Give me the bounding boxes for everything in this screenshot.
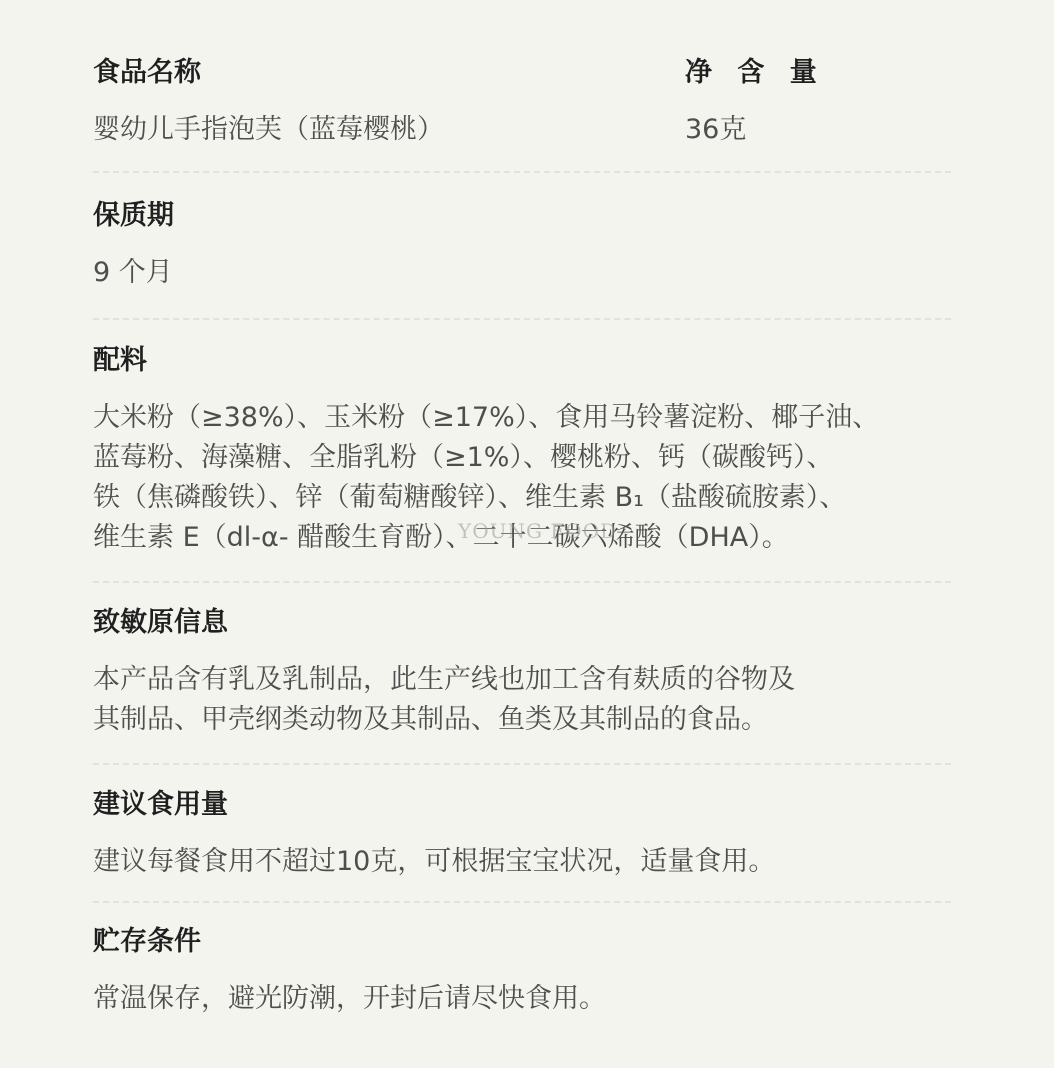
section-product-name: 食品名称 婴幼儿手指泡芙（蓝莓樱桃） 净 含 量 36克 xyxy=(93,56,951,150)
allergen-text: 本产品含有乳及乳制品，此生产线也加工含有麸质的谷物及 其制品、甲壳纲类动物及其制… xyxy=(93,660,951,740)
shelf-life-value: 9 个月 xyxy=(93,253,951,293)
allergen-label: 致敏原信息 xyxy=(93,606,951,640)
allergen-line: 其制品、甲壳纲类动物及其制品、鱼类及其制品的食品。 xyxy=(93,700,951,740)
storage-value: 常温保存，避光防潮，开封后请尽快食用。 xyxy=(93,979,951,1019)
ingredients-line: 维生素 E（dl-α- 醋酸生育酚）、二十二碳六烯酸（DHA）。 xyxy=(93,518,951,558)
section-allergen: 致敏原信息 本产品含有乳及乳制品，此生产线也加工含有麸质的谷物及 其制品、甲壳纲… xyxy=(93,606,951,740)
ingredients-label: 配料 xyxy=(93,344,951,378)
section-net-content: 净 含 量 36克 xyxy=(685,56,825,150)
ingredients-text: 大米粉（≥38%）、玉米粉（≥17%）、食用马铃薯淀粉、椰子油、 蓝莓粉、海藻糖… xyxy=(93,398,951,558)
divider xyxy=(93,581,951,583)
storage-label: 贮存条件 xyxy=(93,925,951,959)
net-content-label: 净 含 量 xyxy=(685,56,825,90)
net-content-value: 36克 xyxy=(685,110,825,150)
section-shelf-life: 保质期 9 个月 xyxy=(93,199,951,293)
divider xyxy=(93,901,951,903)
divider xyxy=(93,763,951,765)
serving-value: 建议每餐食用不超过10克，可根据宝宝状况，适量食用。 xyxy=(93,842,951,882)
divider xyxy=(93,171,951,173)
section-storage: 贮存条件 常温保存，避光防潮，开封后请尽快食用。 xyxy=(93,925,951,1019)
serving-label: 建议食用量 xyxy=(93,788,951,822)
divider xyxy=(93,318,951,320)
ingredients-line: 大米粉（≥38%）、玉米粉（≥17%）、食用马铃薯淀粉、椰子油、 xyxy=(93,398,951,438)
section-serving: 建议食用量 建议每餐食用不超过10克，可根据宝宝状况，适量食用。 xyxy=(93,788,951,882)
shelf-life-label: 保质期 xyxy=(93,199,951,233)
allergen-line: 本产品含有乳及乳制品，此生产线也加工含有麸质的谷物及 xyxy=(93,660,951,700)
ingredients-line: 铁（焦磷酸铁）、锌（葡萄糖酸锌）、维生素 B₁（盐酸硫胺素）、 xyxy=(93,478,951,518)
ingredients-line: 蓝莓粉、海藻糖、全脂乳粉（≥1%）、樱桃粉、钙（碳酸钙）、 xyxy=(93,438,951,478)
section-ingredients: 配料 大米粉（≥38%）、玉米粉（≥17%）、食用马铃薯淀粉、椰子油、 蓝莓粉、… xyxy=(93,344,951,558)
